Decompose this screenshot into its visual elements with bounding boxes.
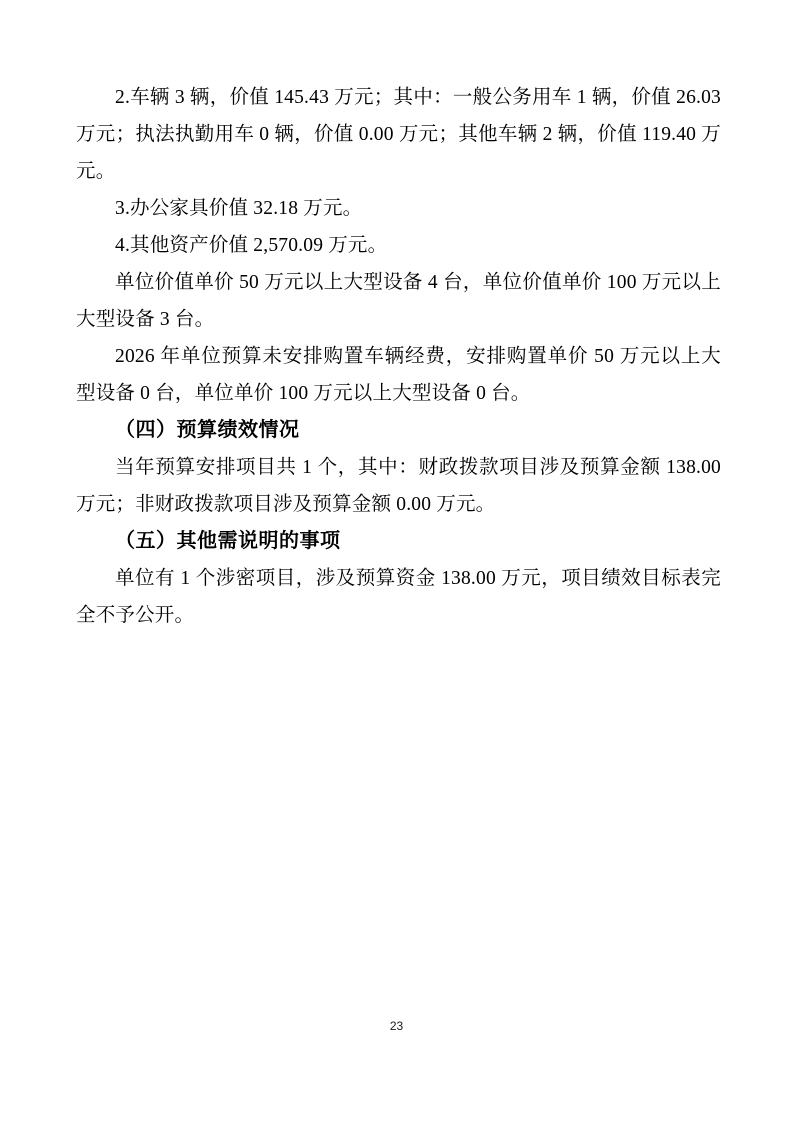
paragraph-large-equipment: 单位价值单价 50 万元以上大型设备 4 台，单位价值单价 100 万元以上大型… xyxy=(76,264,721,338)
paragraph-2026-budget-purchase: 2026 年单位预算未安排购置车辆经费，安排购置单价 50 万元以上大型设备 0… xyxy=(76,338,721,412)
paragraph-budget-performance-detail: 当年预算安排项目共 1 个，其中：财政拨款项目涉及预算金额 138.00 万元；… xyxy=(76,449,721,523)
heading-section-4-budget-performance: （四）预算绩效情况 xyxy=(76,412,721,449)
paragraph-vehicle-assets: 2.车辆 3 辆，价值 145.43 万元；其中：一般公务用车 1 辆，价值 2… xyxy=(76,79,721,190)
paragraph-classified-project: 单位有 1 个涉密项目，涉及预算资金 138.00 万元，项目绩效目标表完全不予… xyxy=(76,560,721,634)
document-body: 2.车辆 3 辆，价值 145.43 万元；其中：一般公务用车 1 辆，价值 2… xyxy=(76,79,721,634)
document-page: 2.车辆 3 辆，价值 145.43 万元；其中：一般公务用车 1 辆，价值 2… xyxy=(0,0,793,1122)
heading-section-5-other-matters: （五）其他需说明的事项 xyxy=(76,523,721,560)
paragraph-office-furniture: 3.办公家具价值 32.18 万元。 xyxy=(76,190,721,227)
page-number: 23 xyxy=(0,1019,793,1033)
paragraph-other-assets: 4.其他资产价值 2,570.09 万元。 xyxy=(76,227,721,264)
